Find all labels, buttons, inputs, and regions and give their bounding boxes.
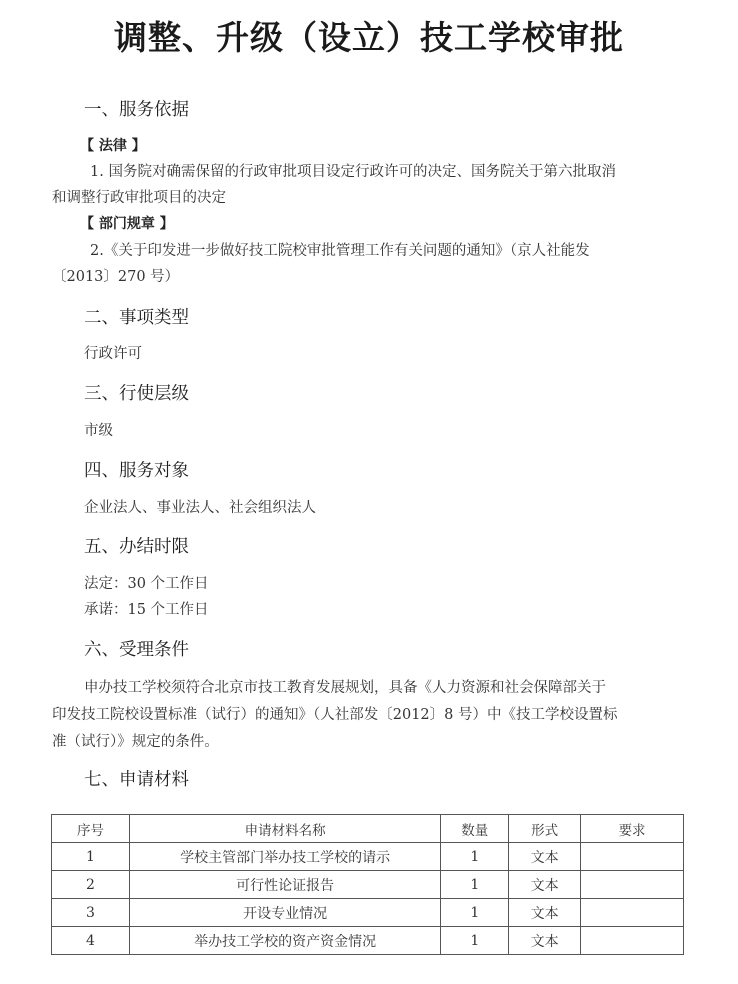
law-text-line1: 1. 国务院对确需保留的行政审批项目设定行政许可的决定、国务院关于第六批取消 <box>90 160 616 181</box>
cell-quantity: 1 <box>441 843 509 871</box>
cell-index: 4 <box>52 927 130 955</box>
cell-index: 1 <box>52 843 130 871</box>
cell-material-name: 学校主管部门举办技工学校的请示 <box>129 843 440 871</box>
cell-requirements <box>581 871 684 899</box>
table-row: 1 学校主管部门举办技工学校的请示 1 文本 <box>52 843 684 871</box>
cell-material-name: 开设专业情况 <box>129 899 440 927</box>
regulation-text-line2: 〔2013〕270 号） <box>52 265 179 286</box>
cell-format: 文本 <box>509 899 581 927</box>
cell-requirements <box>581 899 684 927</box>
target-text: 企业法人、事业法人、社会组织法人 <box>84 496 316 517</box>
col-header-material-name: 申请材料名称 <box>129 815 440 843</box>
regulation-tag: 【 部门规章 】 <box>80 213 174 233</box>
cell-index: 3 <box>52 899 130 927</box>
conditions-line3: 准（试行）》规定的条件。 <box>52 730 219 751</box>
level-text: 市级 <box>84 419 113 440</box>
cell-material-name: 可行性论证报告 <box>129 871 440 899</box>
promised-time-limit: 承诺：15 个工作日 <box>84 598 209 619</box>
section-heading-type: 二、事项类型 <box>84 304 189 329</box>
table-row: 2 可行性论证报告 1 文本 <box>52 871 684 899</box>
cell-requirements <box>581 927 684 955</box>
cell-material-name: 举办技工学校的资产资金情况 <box>129 927 440 955</box>
section-heading-basis: 一、服务依据 <box>84 96 189 121</box>
conditions-line1: 申办技工学校须符合北京市技工教育发展规划，具备《人力资源和社会保障部关于 <box>84 676 606 697</box>
col-header-requirements: 要求 <box>581 815 684 843</box>
cell-quantity: 1 <box>441 927 509 955</box>
legal-time-limit: 法定：30 个工作日 <box>84 572 209 593</box>
cell-format: 文本 <box>509 927 581 955</box>
section-heading-target: 四、服务对象 <box>84 457 189 482</box>
law-tag: 【 法律 】 <box>80 135 146 155</box>
col-header-format: 形式 <box>509 815 581 843</box>
section-heading-materials: 七、申请材料 <box>84 766 189 791</box>
col-header-quantity: 数量 <box>441 815 509 843</box>
page-title: 调整、升级（设立）技工学校审批 <box>0 12 738 59</box>
table-row: 4 举办技工学校的资产资金情况 1 文本 <box>52 927 684 955</box>
cell-requirements <box>581 843 684 871</box>
cell-format: 文本 <box>509 843 581 871</box>
regulation-text-line1: 2.《关于印发进一步做好技工院校审批管理工作有关问题的通知》（京人社能发 <box>90 239 590 260</box>
law-text-line2: 和调整行政审批项目的决定 <box>52 186 226 207</box>
section-heading-level: 三、行使层级 <box>84 380 189 405</box>
section-heading-time-limit: 五、办结时限 <box>84 533 189 558</box>
table-header-row: 序号 申请材料名称 数量 形式 要求 <box>52 815 684 843</box>
type-text: 行政许可 <box>84 342 142 363</box>
cell-quantity: 1 <box>441 871 509 899</box>
col-header-index: 序号 <box>52 815 130 843</box>
materials-table: 序号 申请材料名称 数量 形式 要求 1 学校主管部门举办技工学校的请示 1 文… <box>51 814 684 955</box>
conditions-line2: 印发技工院校设置标准（试行）的通知》（人社部发〔2012〕8 号）中《技工学校设… <box>52 703 617 724</box>
cell-quantity: 1 <box>441 899 509 927</box>
section-heading-conditions: 六、受理条件 <box>84 636 189 661</box>
cell-format: 文本 <box>509 871 581 899</box>
table-row: 3 开设专业情况 1 文本 <box>52 899 684 927</box>
cell-index: 2 <box>52 871 130 899</box>
